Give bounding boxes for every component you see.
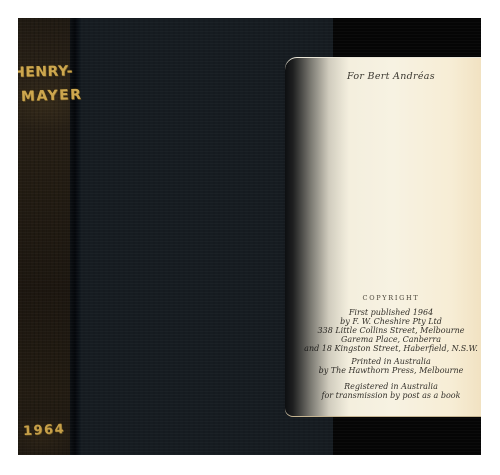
spine-title-line1: HENRY- [18,63,79,81]
copyright-line: Garema Place, Canberra [290,335,481,344]
copyright-page: For Bert Andréas COPYRIGHT First publish… [285,57,481,417]
copyright-line: by The Hawthorn Press, Melbourne [290,366,481,375]
copyright-line: and 18 Kingston Street, Haberfield, N.S.… [290,344,481,353]
copyright-line: Registered in Australia [290,382,481,391]
copyright-line: 338 Little Collins Street, Melbourne [290,326,481,335]
copyright-line: First published 1964 [290,308,481,317]
copyright-line: for transmission by post as a book [290,391,481,400]
registration-note: Registered in Australia for transmission… [290,382,481,400]
copyright-line: by F. W. Cheshire Pty Ltd [290,317,481,326]
publisher-imprint: First published 1964 by F. W. Cheshire P… [290,308,481,353]
spine-title: HENRY- MAYER [18,64,79,104]
book-photo: HENRY- MAYER 1964 For Bert Andréas COPYR… [18,18,481,455]
spine-year: 1964 [23,422,66,439]
printer-imprint: Printed in Australia by The Hawthorn Pre… [290,357,481,375]
copyright-line: Printed in Australia [290,357,481,366]
copyright-block: COPYRIGHT First published 1964 by F. W. … [290,294,481,400]
dedication-text: For Bert Andréas [347,71,435,82]
copyright-heading: COPYRIGHT [290,294,481,302]
spine-title-line2: MAYER [21,87,80,105]
